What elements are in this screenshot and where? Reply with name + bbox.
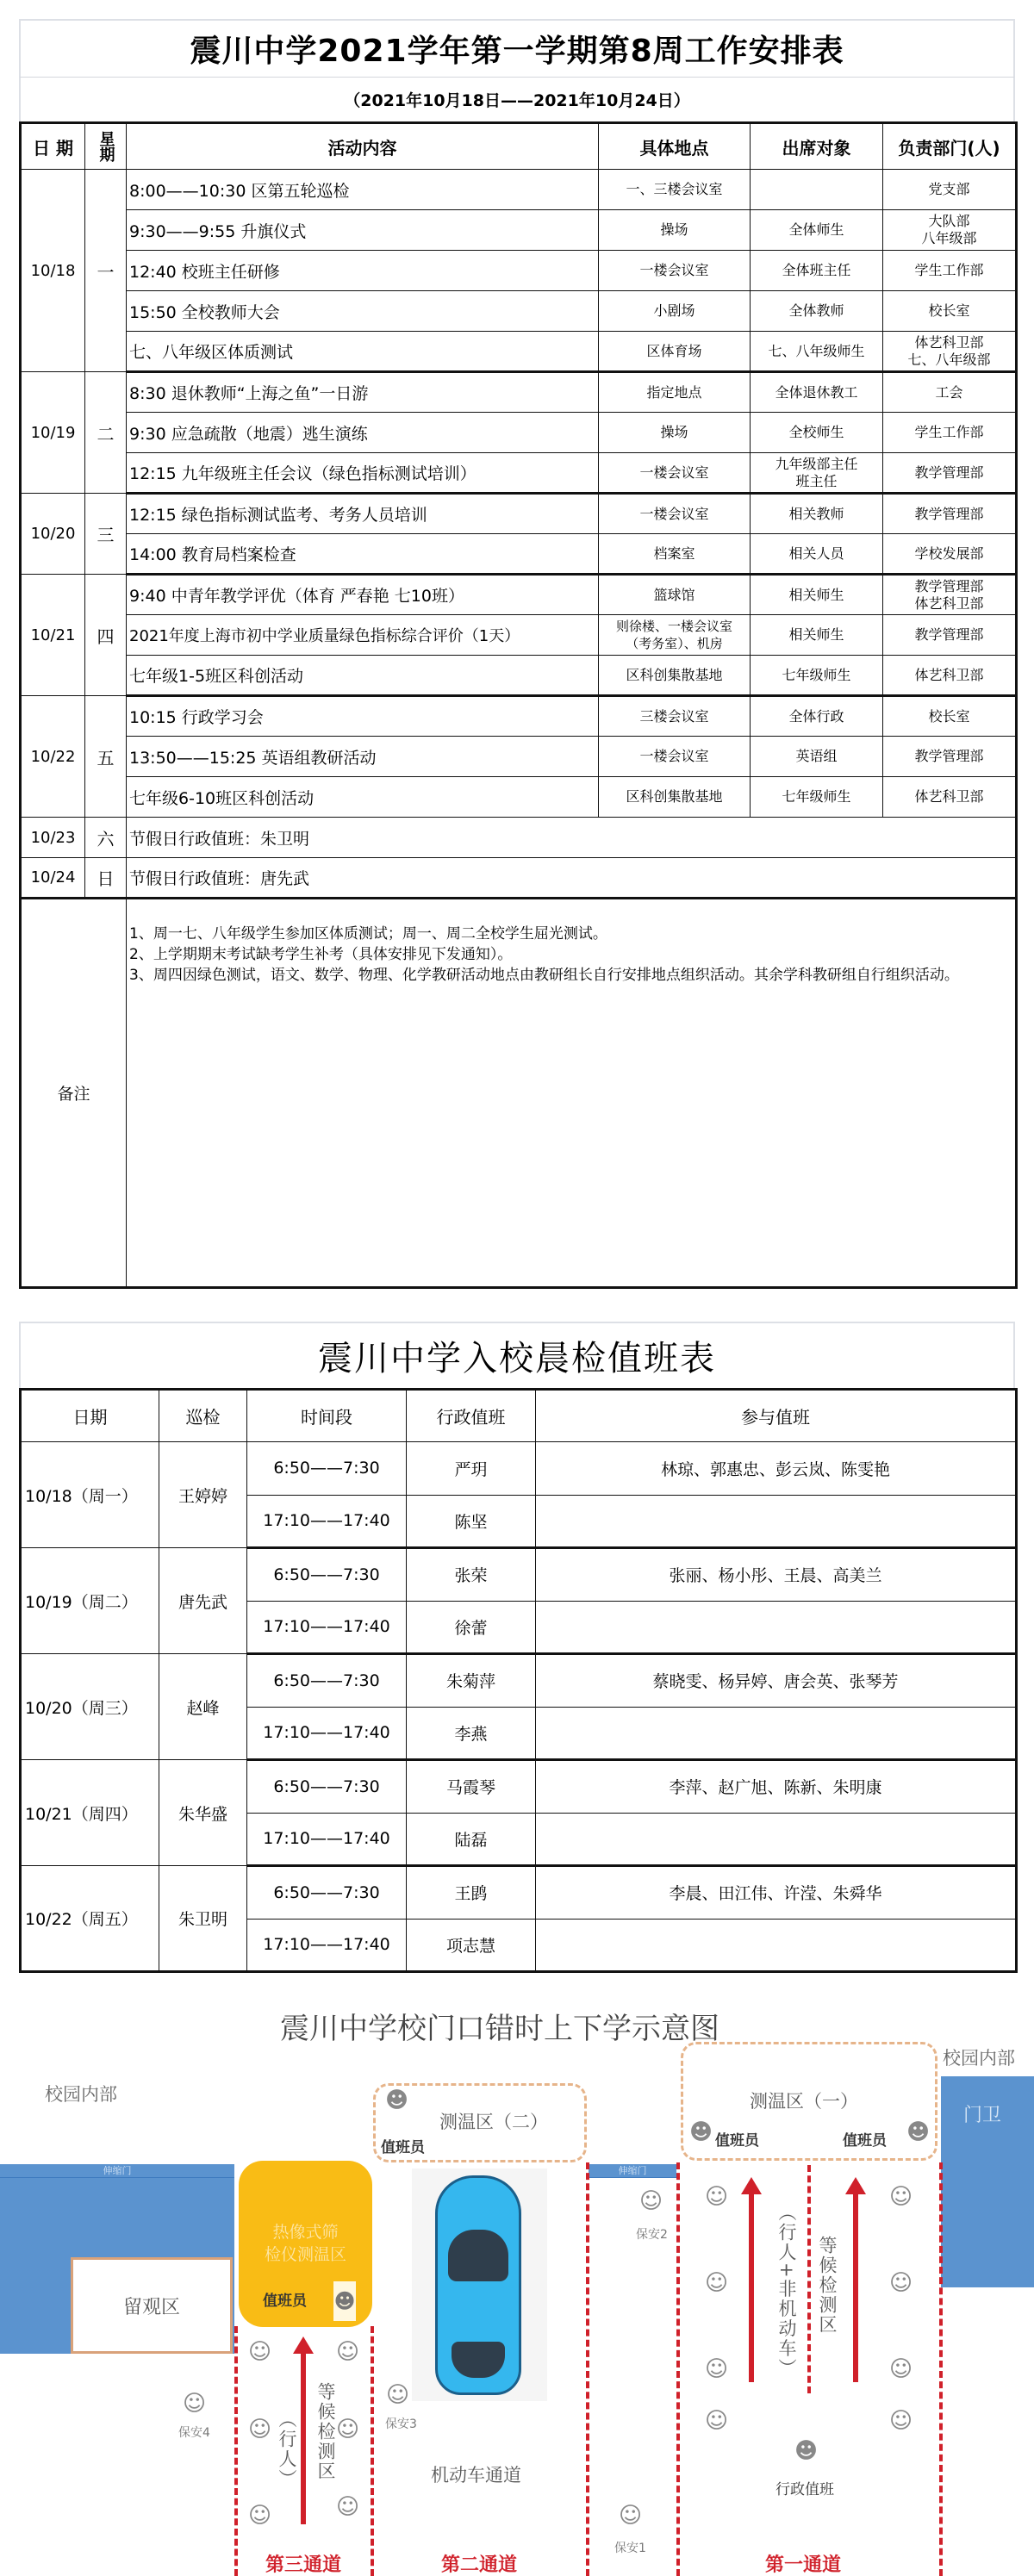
admin-name: 李燕 bbox=[407, 1707, 536, 1760]
participants: 张丽、杨小彤、王晨、高美兰 bbox=[536, 1548, 1017, 1602]
weekend-row: 10/24 日 节假日行政值班：唐先武 bbox=[21, 858, 1017, 899]
retractable-gate-mid: 伸缩门 bbox=[589, 2164, 676, 2178]
time-slot: 6:50——7:30 bbox=[247, 1654, 407, 1708]
weekday-cell: 六 bbox=[85, 818, 127, 858]
staff-figure-icon: ☻ bbox=[689, 2119, 713, 2145]
participants bbox=[536, 1495, 1017, 1548]
department-cell: 教学管理部 bbox=[883, 615, 1017, 656]
activity-cell: 14:00 教育局档案检查 bbox=[127, 534, 599, 575]
temp-zone-1-label: 测温区（一） bbox=[750, 2088, 858, 2113]
table-row: 2021年度上海市初中学业质量绿色指标综合评价（1天） 则徐楼、一楼会议室 （考… bbox=[21, 615, 1017, 656]
attendees-cell: 九年级部主任 班主任 bbox=[751, 453, 883, 494]
location-cell: 小剧场 bbox=[599, 291, 751, 332]
student-figure-icon: ☺ bbox=[889, 2408, 913, 2434]
department-cell: 大队部 八年级部 bbox=[883, 210, 1017, 251]
lane-divider bbox=[939, 2162, 943, 2576]
header-patrol: 巡检 bbox=[159, 1390, 247, 1442]
waiting-zone-label: 等候检测区 bbox=[814, 2236, 840, 2335]
campus-interior-label-right: 校园内部 bbox=[943, 2044, 1015, 2070]
weekday-cell: 五 bbox=[85, 696, 127, 818]
location-cell: 三楼会议室 bbox=[599, 696, 751, 737]
department-cell: 体艺科卫部 bbox=[883, 656, 1017, 696]
patrol-name: 赵峰 bbox=[159, 1654, 247, 1760]
table-row: 12:40 校班主任研修 一楼会议室 全体班主任 学生工作部 bbox=[21, 251, 1017, 291]
weekday-cell: 一 bbox=[85, 170, 127, 372]
location-cell: 区科创集散基地 bbox=[599, 777, 751, 818]
security-guard-label: 保安3 bbox=[385, 2415, 417, 2432]
security-guard-icon: ☺ bbox=[619, 2503, 642, 2529]
attendees-cell: 相关师生 bbox=[751, 575, 883, 615]
activity-cell: 13:50——15:25 英语组教研活动 bbox=[127, 737, 599, 777]
lane-1-label: 第一通道 bbox=[765, 2550, 841, 2576]
security-guard-icon: ☺ bbox=[639, 2188, 663, 2214]
location-cell: 档案室 bbox=[599, 534, 751, 575]
pedestrian-lane-label: （行人） bbox=[274, 2410, 300, 2489]
header-participants: 参与值班 bbox=[536, 1390, 1017, 1442]
activity-cell: 15:50 全校教师大会 bbox=[127, 291, 599, 332]
staff-label: 值班员 bbox=[263, 2288, 307, 2310]
participants bbox=[536, 1813, 1017, 1866]
diagram-title: 震川中学校门口错时上下学示意图 bbox=[258, 2005, 741, 2047]
attendees-cell: 相关人员 bbox=[751, 534, 883, 575]
date-cell: 10/19 bbox=[21, 372, 85, 494]
note-item: 3、周四因绿色测试，语文、数学、物理、化学教研活动地点由教研组长自行安排地点组织… bbox=[129, 965, 1012, 986]
security-guard-label: 保安2 bbox=[636, 2225, 668, 2243]
time-slot: 6:50——7:30 bbox=[247, 1760, 407, 1814]
time-slot: 17:10——17:40 bbox=[247, 1919, 407, 1972]
guard-room-label: 门卫 bbox=[963, 2100, 1001, 2127]
staff-figure-icon: ☻ bbox=[333, 2281, 356, 2321]
participants bbox=[536, 1601, 1017, 1654]
attendees-cell: 七、八年级师生 bbox=[751, 332, 883, 372]
schedule-subtitle-box: （2021年10月18日——2021年10月24日） bbox=[19, 78, 1015, 121]
table-row: 14:00 教育局档案检查 档案室 相关人员 学校发展部 bbox=[21, 534, 1017, 575]
date-cell: 10/18 bbox=[21, 170, 85, 372]
participants bbox=[536, 1707, 1017, 1760]
weekday-cell: 三 bbox=[85, 494, 127, 575]
department-cell: 学校发展部 bbox=[883, 534, 1017, 575]
up-arrow-icon bbox=[749, 2193, 754, 2382]
activity-cell: 12:15 绿色指标测试监考、考务人员培训 bbox=[127, 494, 599, 534]
location-cell: 一楼会议室 bbox=[599, 251, 751, 291]
header-attendees: 出席对象 bbox=[751, 123, 883, 170]
location-cell: 区体育场 bbox=[599, 332, 751, 372]
location-cell: 区科创集散基地 bbox=[599, 656, 751, 696]
date-cell: 10/24 bbox=[21, 858, 85, 899]
retractable-gate-left: 伸缩门 bbox=[0, 2164, 234, 2178]
duty-row: 10/19（周二） 唐先武 6:50——7:30 张荣 张丽、杨小彤、王晨、高美… bbox=[21, 1548, 1017, 1602]
car-rear-window bbox=[452, 2342, 505, 2378]
student-figure-icon: ☺ bbox=[705, 2270, 728, 2296]
participants bbox=[536, 1919, 1017, 1972]
admin-duty-label: 行政值班 bbox=[775, 2477, 834, 2498]
lane-divider bbox=[807, 2165, 811, 2393]
activity-cell: 8:30 退休教师“上海之鱼”一日游 bbox=[127, 372, 599, 413]
admin-name: 朱菊萍 bbox=[407, 1654, 536, 1708]
lane-divider bbox=[371, 2326, 374, 2576]
participants: 李萍、赵广旭、陈新、朱明康 bbox=[536, 1760, 1017, 1814]
security-guard-icon: ☺ bbox=[183, 2391, 206, 2417]
observation-area: 留观区 bbox=[71, 2257, 233, 2354]
department-cell: 党支部 bbox=[883, 170, 1017, 210]
activity-cell: 9:30——9:55 升旗仪式 bbox=[127, 210, 599, 251]
weekday-cell: 四 bbox=[85, 575, 127, 696]
duty-row: 10/21（周四） 朱华盛 6:50——7:30 马霞琴 李萍、赵广旭、陈新、朱… bbox=[21, 1760, 1017, 1814]
holiday-duty-cell: 节假日行政值班：唐先武 bbox=[127, 858, 1017, 899]
department-cell: 工会 bbox=[883, 372, 1017, 413]
schedule-table: 日 期 星期 活动内容 具体地点 出席对象 负责部门(人) 10/18 一 8:… bbox=[19, 121, 1018, 1289]
student-figure-icon: ☺ bbox=[336, 2339, 359, 2365]
department-cell: 教学管理部 bbox=[883, 737, 1017, 777]
header-weekday: 星期 bbox=[85, 123, 127, 170]
schedule-header-row: 日 期 星期 活动内容 具体地点 出席对象 负责部门(人) bbox=[21, 123, 1017, 170]
temp-zone-2-label: 测温区（二） bbox=[439, 2108, 548, 2134]
table-row: 10/20 三 12:15 绿色指标测试监考、考务人员培训 一楼会议室 相关教师… bbox=[21, 494, 1017, 534]
header-activity: 活动内容 bbox=[127, 123, 599, 170]
thermal-scan-label: 热像式筛 检仪测温区 bbox=[239, 2221, 372, 2266]
admin-name: 徐蕾 bbox=[407, 1601, 536, 1654]
location-cell: 一楼会议室 bbox=[599, 494, 751, 534]
table-row: 15:50 全校教师大会 小剧场 全体教师 校长室 bbox=[21, 291, 1017, 332]
schedule-title-box: 震川中学2021学年第一学期第8周工作安排表 bbox=[19, 19, 1015, 78]
activity-cell: 9:30 应急疏散（地震）逃生演练 bbox=[127, 413, 599, 453]
time-slot: 6:50——7:30 bbox=[247, 1442, 407, 1496]
student-figure-icon: ☺ bbox=[248, 2339, 271, 2365]
patrol-name: 王婷婷 bbox=[159, 1442, 247, 1548]
notes-row: 备注 1、周一七、八年级学生参加区体质测试；周一、周二全校学生屈光测试。 2、上… bbox=[21, 899, 1017, 1288]
admin-name: 项志慧 bbox=[407, 1919, 536, 1972]
attendees-cell: 全体教师 bbox=[751, 291, 883, 332]
duty-row: 10/20（周三） 赵峰 6:50——7:30 朱菊萍 蔡晓雯、杨异婷、唐会英、… bbox=[21, 1654, 1017, 1708]
duty-date: 10/21（周四） bbox=[21, 1760, 159, 1866]
lane-divider bbox=[234, 2326, 238, 2576]
attendees-cell bbox=[751, 170, 883, 210]
table-row: 10/21 四 9:40 中青年教学评优（体育 严春艳 七10班） 篮球馆 相关… bbox=[21, 575, 1017, 615]
header-date: 日期 bbox=[21, 1390, 159, 1442]
participants: 蔡晓雯、杨异婷、唐会英、张琴芳 bbox=[536, 1654, 1017, 1708]
date-cell: 10/23 bbox=[21, 818, 85, 858]
location-cell: 一楼会议室 bbox=[599, 737, 751, 777]
department-cell: 教学管理部 bbox=[883, 494, 1017, 534]
duty-header-row: 日期 巡检 时间段 行政值班 参与值班 bbox=[21, 1390, 1017, 1442]
student-figure-icon: ☺ bbox=[336, 2417, 359, 2442]
gate-diagram: 震川中学校门口错时上下学示意图 校园内部 校园内部 伸缩门 留观区 热像式筛 检… bbox=[0, 1977, 1034, 2576]
table-row: 9:30 应急疏散（地震）逃生演练 操场 全校师生 学生工作部 bbox=[21, 413, 1017, 453]
security-guard-label: 保安1 bbox=[614, 2539, 646, 2556]
duty-title-box: 震川中学入校晨检值班表 bbox=[19, 1322, 1015, 1388]
activity-cell: 8:00——10:30 区第五轮巡检 bbox=[127, 170, 599, 210]
header-admin: 行政值班 bbox=[407, 1390, 536, 1442]
activity-cell: 12:40 校班主任研修 bbox=[127, 251, 599, 291]
time-slot: 17:10——17:40 bbox=[247, 1495, 407, 1548]
weekend-row: 10/23 六 节假日行政值班：朱卫明 bbox=[21, 818, 1017, 858]
time-slot: 17:10——17:40 bbox=[247, 1707, 407, 1760]
attendees-cell: 相关教师 bbox=[751, 494, 883, 534]
student-figure-icon: ☺ bbox=[705, 2408, 728, 2434]
department-cell: 教学管理部 bbox=[883, 453, 1017, 494]
campus-interior-label-left: 校园内部 bbox=[45, 2081, 117, 2106]
location-cell: 操场 bbox=[599, 413, 751, 453]
attendees-cell: 全体退休教工 bbox=[751, 372, 883, 413]
date-cell: 10/22 bbox=[21, 696, 85, 818]
student-figure-icon: ☺ bbox=[336, 2494, 359, 2520]
staff-label: 值班员 bbox=[843, 2128, 887, 2150]
motor-lane-label: 机动车通道 bbox=[431, 2461, 521, 2487]
date-cell: 10/21 bbox=[21, 575, 85, 696]
date-cell: 10/20 bbox=[21, 494, 85, 575]
department-cell: 校长室 bbox=[883, 291, 1017, 332]
department-cell: 学生工作部 bbox=[883, 413, 1017, 453]
notes-content: 1、周一七、八年级学生参加区体质测试；周一、周二全校学生屈光测试。 2、上学期期… bbox=[127, 899, 1017, 1288]
header-time: 时间段 bbox=[247, 1390, 407, 1442]
table-row: 七年级1-5班区科创活动 区科创集散基地 七年级师生 体艺科卫部 bbox=[21, 656, 1017, 696]
admin-name: 马霞琴 bbox=[407, 1760, 536, 1814]
student-figure-icon: ☺ bbox=[705, 2356, 728, 2382]
duty-row: 10/18（周一） 王婷婷 6:50——7:30 严玥 林琼、郭惠忠、彭云岚、陈… bbox=[21, 1442, 1017, 1496]
attendees-cell: 全体行政 bbox=[751, 696, 883, 737]
location-cell: 一楼会议室 bbox=[599, 453, 751, 494]
time-slot: 6:50——7:30 bbox=[247, 1548, 407, 1602]
lane-2-label: 第二通道 bbox=[441, 2550, 517, 2576]
department-cell: 体艺科卫部 bbox=[883, 777, 1017, 818]
duty-row: 10/22（周五） 朱卫明 6:50——7:30 王鹍 李晨、田江伟、许滢、朱舜… bbox=[21, 1866, 1017, 1920]
activity-cell: 12:15 九年级班主任会议（绿色指标测试培训） bbox=[127, 453, 599, 494]
location-cell: 则徐楼、一楼会议室 （考务室）、机房 bbox=[599, 615, 751, 656]
activity-cell: 七年级1-5班区科创活动 bbox=[127, 656, 599, 696]
student-figure-icon: ☺ bbox=[889, 2356, 913, 2382]
student-figure-icon: ☺ bbox=[889, 2184, 913, 2210]
location-cell: 篮球馆 bbox=[599, 575, 751, 615]
staff-figure-icon: ☻ bbox=[385, 2088, 408, 2113]
weekly-schedule-card: 震川中学2021学年第一学期第8周工作安排表 （2021年10月18日——202… bbox=[19, 19, 1015, 1285]
table-row: 10/18 一 8:00——10:30 区第五轮巡检 一、三楼会议室 党支部 bbox=[21, 170, 1017, 210]
location-cell: 一、三楼会议室 bbox=[599, 170, 751, 210]
header-date: 日 期 bbox=[21, 123, 85, 170]
duty-title: 震川中学入校晨检值班表 bbox=[318, 1331, 716, 1380]
guard-room: 门卫 bbox=[941, 2076, 1034, 2287]
table-row: 七年级6-10班区科创活动 区科创集散基地 七年级师生 体艺科卫部 bbox=[21, 777, 1017, 818]
time-slot: 17:10——17:40 bbox=[247, 1813, 407, 1866]
note-item: 2、上学期期末考试缺考学生补考（具体安排见下发通知）。 bbox=[129, 944, 1012, 965]
staff-figure-icon: ☻ bbox=[906, 2119, 930, 2145]
admin-name: 陈坚 bbox=[407, 1495, 536, 1548]
patrol-name: 唐先武 bbox=[159, 1548, 247, 1654]
duty-date: 10/20（周三） bbox=[21, 1654, 159, 1760]
attendees-cell: 七年级师生 bbox=[751, 656, 883, 696]
student-figure-icon: ☺ bbox=[705, 2184, 728, 2210]
location-cell: 操场 bbox=[599, 210, 751, 251]
up-arrow-icon bbox=[301, 2352, 306, 2524]
holiday-duty-cell: 节假日行政值班：朱卫明 bbox=[127, 818, 1017, 858]
admin-name: 陆磊 bbox=[407, 1813, 536, 1866]
thermal-scan-zone: 热像式筛 检仪测温区 值班员 ☻ bbox=[239, 2161, 372, 2327]
lane-divider bbox=[676, 2162, 680, 2576]
patrol-name: 朱卫明 bbox=[159, 1866, 247, 1972]
header-department: 负责部门(人) bbox=[883, 123, 1017, 170]
table-row: 9:30——9:55 升旗仪式 操场 全体师生 大队部 八年级部 bbox=[21, 210, 1017, 251]
schedule-title: 震川中学2021学年第一学期第8周工作安排表 bbox=[190, 27, 844, 71]
duty-date: 10/22（周五） bbox=[21, 1866, 159, 1972]
activity-cell: 2021年度上海市初中学业质量绿色指标综合评价（1天） bbox=[127, 615, 599, 656]
duty-table: 日期 巡检 时间段 行政值班 参与值班 10/18（周一） 王婷婷 6:50——… bbox=[19, 1388, 1018, 1973]
morning-duty-card: 震川中学入校晨检值班表 日期 巡检 时间段 行政值班 参与值班 10/18（周一… bbox=[19, 1322, 1015, 1976]
attendees-cell: 相关师生 bbox=[751, 615, 883, 656]
activity-cell: 七年级6-10班区科创活动 bbox=[127, 777, 599, 818]
waiting-zone-label: 等候检测区 bbox=[313, 2382, 339, 2481]
student-figure-icon: ☺ bbox=[248, 2417, 271, 2442]
attendees-cell: 英语组 bbox=[751, 737, 883, 777]
table-row: 13:50——15:25 英语组教研活动 一楼会议室 英语组 教学管理部 bbox=[21, 737, 1017, 777]
admin-name: 张荣 bbox=[407, 1548, 536, 1602]
location-cell: 指定地点 bbox=[599, 372, 751, 413]
note-item: 1、周一七、八年级学生参加区体质测试；周一、周二全校学生屈光测试。 bbox=[129, 924, 1012, 944]
activity-cell: 10:15 行政学习会 bbox=[127, 696, 599, 737]
attendees-cell: 全体班主任 bbox=[751, 251, 883, 291]
participants: 李晨、田江伟、许滢、朱舜华 bbox=[536, 1866, 1017, 1920]
student-figure-icon: ☺ bbox=[248, 2503, 271, 2529]
duty-date: 10/18（周一） bbox=[21, 1442, 159, 1548]
activity-cell: 9:40 中青年教学评优（体育 严春艳 七10班） bbox=[127, 575, 599, 615]
table-row: 七、八年级区体质测试 区体育场 七、八年级师生 体艺科卫部 七、八年级部 bbox=[21, 332, 1017, 372]
duty-date: 10/19（周二） bbox=[21, 1548, 159, 1654]
department-cell: 教学管理部 体艺科卫部 bbox=[883, 575, 1017, 615]
weekday-cell: 日 bbox=[85, 858, 127, 899]
attendees-cell: 全体师生 bbox=[751, 210, 883, 251]
header-location: 具体地点 bbox=[599, 123, 751, 170]
notes-label: 备注 bbox=[21, 899, 127, 1288]
admin-name: 王鹍 bbox=[407, 1866, 536, 1920]
car-windshield bbox=[448, 2230, 508, 2281]
attendees-cell: 全校师生 bbox=[751, 413, 883, 453]
department-cell: 校长室 bbox=[883, 696, 1017, 737]
table-row: 10/19 二 8:30 退休教师“上海之鱼”一日游 指定地点 全体退休教工 工… bbox=[21, 372, 1017, 413]
security-guard-label: 保安4 bbox=[178, 2424, 210, 2441]
admin-duty-figure-icon: ☻ bbox=[794, 2438, 818, 2464]
lane-divider bbox=[586, 2162, 589, 2576]
attendees-cell: 七年级师生 bbox=[751, 777, 883, 818]
car-icon bbox=[435, 2175, 521, 2395]
department-cell: 学生工作部 bbox=[883, 251, 1017, 291]
department-cell: 体艺科卫部 七、八年级部 bbox=[883, 332, 1017, 372]
table-row: 10/22 五 10:15 行政学习会 三楼会议室 全体行政 校长室 bbox=[21, 696, 1017, 737]
time-slot: 6:50——7:30 bbox=[247, 1866, 407, 1920]
schedule-date-range: （2021年10月18日——2021年10月24日） bbox=[344, 88, 690, 111]
staff-label: 值班员 bbox=[381, 2135, 425, 2156]
pedestrian-bike-lane-label: （行人+非机动车） bbox=[774, 2203, 800, 2379]
security-guard-icon: ☺ bbox=[386, 2382, 409, 2408]
activity-cell: 七、八年级区体质测试 bbox=[127, 332, 599, 372]
weekday-cell: 二 bbox=[85, 372, 127, 494]
participants: 林琼、郭惠忠、彭云岚、陈雯艳 bbox=[536, 1442, 1017, 1496]
admin-name: 严玥 bbox=[407, 1442, 536, 1496]
staff-label: 值班员 bbox=[715, 2128, 759, 2150]
table-row: 12:15 九年级班主任会议（绿色指标测试培训） 一楼会议室 九年级部主任 班主… bbox=[21, 453, 1017, 494]
up-arrow-icon bbox=[853, 2193, 858, 2382]
lane-3-label: 第三通道 bbox=[265, 2550, 341, 2576]
patrol-name: 朱华盛 bbox=[159, 1760, 247, 1866]
time-slot: 17:10——17:40 bbox=[247, 1601, 407, 1654]
student-figure-icon: ☺ bbox=[889, 2270, 913, 2296]
